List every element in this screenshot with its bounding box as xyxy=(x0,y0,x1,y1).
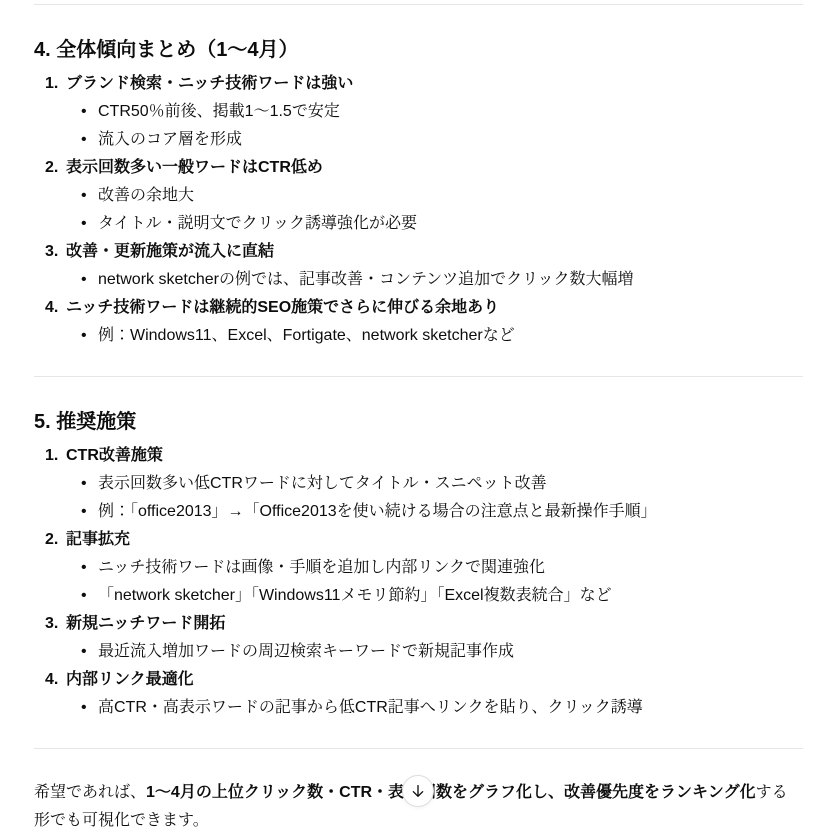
numbered-item: 2. 記事拡充 ニッチ技術ワードは画像・手順を追加し内部リンクで関連強化 「ne… xyxy=(34,526,803,610)
bullet-list: 高CTR・高表示ワードの記事から低CTR記事へリンクを貼り、クリック誘導 xyxy=(66,694,643,722)
bullet-item: 高CTR・高表示ワードの記事から低CTR記事へリンクを貼り、クリック誘導 xyxy=(66,694,643,722)
bullet-item: network sketcherの例では、記事改善・コンテンツ追加でクリック数大… xyxy=(66,266,634,294)
numbered-item: 4. ニッチ技術ワードは継続的SEO施策でさらに伸びる余地あり 例：Window… xyxy=(34,294,803,350)
bullet-item: 表示回数多い低CTRワードに対してタイトル・スニペット改善 xyxy=(66,470,657,498)
item-title: 記事拡充 xyxy=(66,526,612,554)
bullet-item: 改善の余地大 xyxy=(66,182,417,210)
item-title: 表示回数多い一般ワードはCTR低め xyxy=(66,154,417,182)
bullet-item: 例：Windows11、Excel、Fortigate、network sket… xyxy=(66,322,515,350)
closing-text-bold: 1〜4月の上位クリック数・CTR・表示回数をグラフ化し、改善優先度をランキング化 xyxy=(146,784,756,801)
item-title: 内部リンク最適化 xyxy=(66,666,643,694)
bullet-item: 最近流入増加ワードの周辺検索キーワードで新規記事作成 xyxy=(66,638,514,666)
item-number: 1. xyxy=(34,442,66,526)
numbered-item: 1. CTR改善施策 表示回数多い低CTRワードに対してタイトル・スニペット改善… xyxy=(34,442,803,526)
section-divider xyxy=(34,376,803,377)
item-title: 改善・更新施策が流入に直結 xyxy=(66,238,634,266)
bullet-item: CTR50％前後、掲載1〜1.5で安定 xyxy=(66,98,353,126)
scroll-to-bottom-button[interactable] xyxy=(402,775,434,807)
item-title: 新規ニッチワード開拓 xyxy=(66,610,514,638)
section-divider xyxy=(34,4,803,5)
bullet-list: 例：Windows11、Excel、Fortigate、network sket… xyxy=(66,322,515,350)
bullet-item: 「network sketcher」「Windows11メモリ節約」「Excel… xyxy=(66,582,612,610)
bullet-list: 表示回数多い低CTRワードに対してタイトル・スニペット改善 例：「office2… xyxy=(66,470,657,526)
section-divider xyxy=(34,748,803,749)
closing-text-prefix: 希望であれば、 xyxy=(34,784,146,801)
bullet-list: 最近流入増加ワードの周辺検索キーワードで新規記事作成 xyxy=(66,638,514,666)
item-title: ブランド検索・ニッチ技術ワードは強い xyxy=(66,70,353,98)
numbered-item: 3. 改善・更新施策が流入に直結 network sketcherの例では、記事… xyxy=(34,238,803,294)
bullet-list: 改善の余地大 タイトル・説明文でクリック誘導強化が必要 xyxy=(66,182,417,238)
numbered-item: 2. 表示回数多い一般ワードはCTR低め 改善の余地大 タイトル・説明文でクリッ… xyxy=(34,154,803,238)
numbered-item: 3. 新規ニッチワード開拓 最近流入増加ワードの周辺検索キーワードで新規記事作成 xyxy=(34,610,803,666)
bullet-item: 流入のコア層を形成 xyxy=(66,126,353,154)
item-number: 3. xyxy=(34,238,66,294)
bullet-item: 例：「office2013」→「Office2013を使い続ける場合の注意点と最… xyxy=(66,498,657,526)
bullet-list: ニッチ技術ワードは画像・手順を追加し内部リンクで関連強化 「network sk… xyxy=(66,554,612,610)
section-heading: 4. 全体傾向まとめ（1〜4月） xyxy=(34,36,803,64)
item-number: 2. xyxy=(34,154,66,238)
numbered-item: 1. ブランド検索・ニッチ技術ワードは強い CTR50％前後、掲載1〜1.5で安… xyxy=(34,70,803,154)
item-title: CTR改善施策 xyxy=(66,442,657,470)
numbered-item: 4. 内部リンク最適化 高CTR・高表示ワードの記事から低CTR記事へリンクを貼… xyxy=(34,666,803,722)
item-number: 1. xyxy=(34,70,66,154)
numbered-list: 1. ブランド検索・ニッチ技術ワードは強い CTR50％前後、掲載1〜1.5で安… xyxy=(34,70,803,350)
section-heading: 5. 推奨施策 xyxy=(34,408,803,436)
item-number: 4. xyxy=(34,666,66,722)
item-number: 2. xyxy=(34,526,66,610)
item-number: 4. xyxy=(34,294,66,350)
bullet-list: network sketcherの例では、記事改善・コンテンツ追加でクリック数大… xyxy=(66,266,634,294)
assistant-message: 4. 全体傾向まとめ（1〜4月） 1. ブランド検索・ニッチ技術ワードは強い C… xyxy=(0,4,828,830)
bullet-list: CTR50％前後、掲載1〜1.5で安定 流入のコア層を形成 xyxy=(66,98,353,154)
item-number: 3. xyxy=(34,610,66,666)
item-title: ニッチ技術ワードは継続的SEO施策でさらに伸びる余地あり xyxy=(66,294,515,322)
numbered-list: 1. CTR改善施策 表示回数多い低CTRワードに対してタイトル・スニペット改善… xyxy=(34,442,803,722)
arrow-down-icon xyxy=(410,783,426,799)
bullet-item: タイトル・説明文でクリック誘導強化が必要 xyxy=(66,210,417,238)
bullet-item: ニッチ技術ワードは画像・手順を追加し内部リンクで関連強化 xyxy=(66,554,612,582)
